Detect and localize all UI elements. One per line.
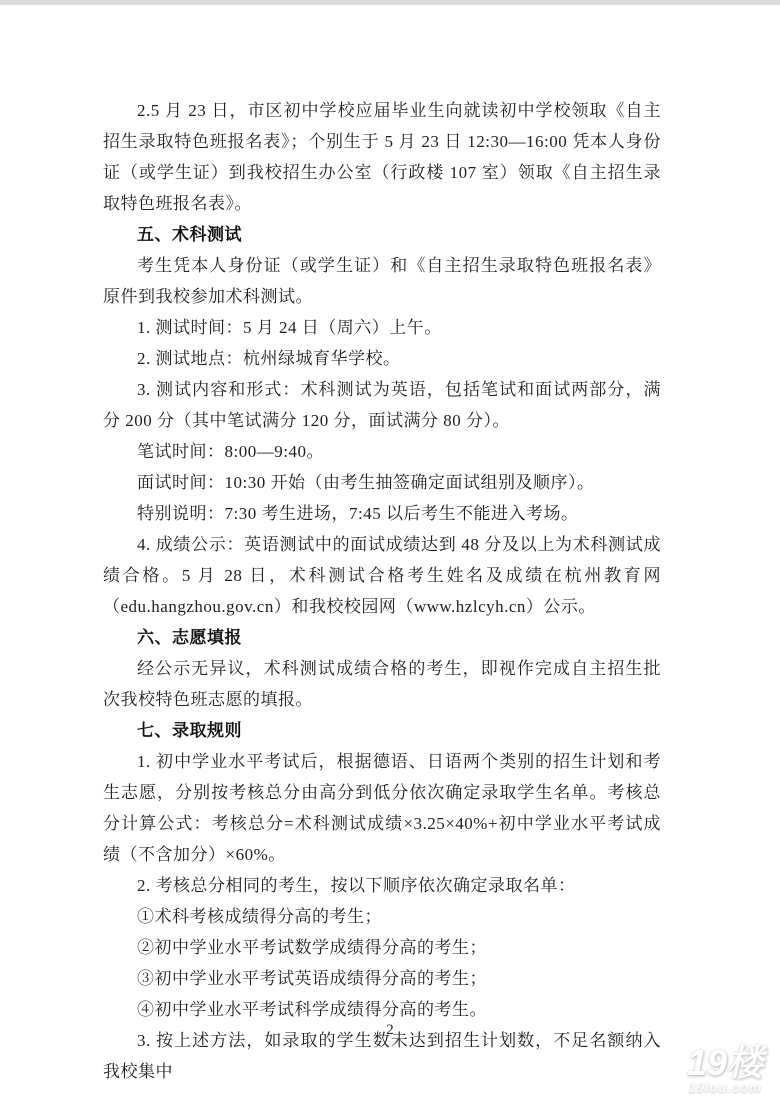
paragraph: 考生凭本人身份证（或学生证）和《自主招生录取特色班报名表》原件到我校参加术科测试… bbox=[103, 250, 661, 312]
paragraph: 2. 测试地点：杭州绿城育华学校。 bbox=[103, 343, 661, 374]
paragraph: ②初中学业水平考试数学成绩得分高的考生； bbox=[103, 932, 661, 963]
paragraph: 特别说明：7:30 考生进场，7:45 以后考生不能进入考场。 bbox=[103, 498, 661, 529]
watermark-logo: 19楼 bbox=[675, 1046, 775, 1080]
watermark: 19楼 19lou.com bbox=[675, 1046, 775, 1095]
section-heading: 五、术科测试 bbox=[103, 219, 661, 250]
top-edge-strip bbox=[0, 0, 780, 5]
paragraph: 2.5 月 23 日，市区初中学校应届毕业生向就读初中学校领取《自主招生录取特色… bbox=[103, 95, 661, 219]
paragraph: 笔试时间：8:00—9:40。 bbox=[103, 436, 661, 467]
section-heading: 七、录取规则 bbox=[103, 715, 661, 746]
page-number: 2 bbox=[0, 1020, 780, 1040]
paragraph: 1. 测试时间：5 月 24 日（周六）上午。 bbox=[103, 312, 661, 343]
paragraph: 经公示无异议，术科测试成绩合格的考生，即视作完成自主招生批次我校特色班志愿的填报… bbox=[103, 653, 661, 715]
paragraph: 1. 初中学业水平考试后，根据德语、日语两个类别的招生计划和考生志愿，分别按考核… bbox=[103, 746, 661, 870]
paragraph: 2. 考核总分相同的考生，按以下顺序依次确定录取名单： bbox=[103, 870, 661, 901]
paragraph: ①术科考核成绩得分高的考生； bbox=[103, 901, 661, 932]
paragraph: 面试时间：10:30 开始（由考生抽签确定面试组别及顺序）。 bbox=[103, 467, 661, 498]
watermark-site-url: 19lou.com bbox=[675, 1081, 775, 1095]
section-heading: 六、志愿填报 bbox=[103, 622, 661, 653]
paragraph: 3. 测试内容和形式：术科测试为英语，包括笔试和面试两部分，满分 200 分（其… bbox=[103, 374, 661, 436]
document-body: 2.5 月 23 日，市区初中学校应届毕业生向就读初中学校领取《自主招生录取特色… bbox=[103, 95, 661, 1087]
paragraph: 4. 成绩公示：英语测试中的面试成绩达到 48 分及以上为术科测试成绩合格。5 … bbox=[103, 529, 661, 622]
paragraph: ③初中学业水平考试英语成绩得分高的考生； bbox=[103, 963, 661, 994]
